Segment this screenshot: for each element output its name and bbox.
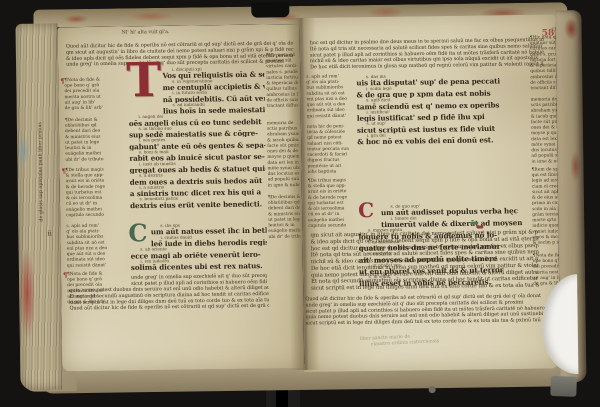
main-script-line: me centuplū accipietis & vitā ęter- [163, 83, 265, 92]
running-title-text: Nl' hl' alta vult gl'a. [122, 29, 170, 35]
right-dense-commentary: qm sicut ait augustin' in libro de ciuit… [310, 229, 539, 294]
glossed-line: s. ad iudicandū lius hoīs in sede maiest… [129, 102, 265, 116]
left-main-text: T i. discipuli xpi Vos quī reliquistis o… [128, 60, 267, 306]
glossed-line: i. gra dei & hoc nō ex vobis dei enī don… [357, 131, 535, 145]
glossed-line: s. a dextris dem oues a dextris suis hed… [130, 172, 266, 186]
main-script-line: nā possidebitis. Cū aūt venerit fi- [163, 94, 265, 103]
left-margin-note-4: s. apls ad rom'q' oīs aīa ptati-bus subl… [66, 222, 129, 269]
glossed-line: s. benedicti patris dextris eius erūt ve… [130, 196, 266, 210]
right-bottom-commentary: Quod aūt dicitur hic de fide & operibs n… [305, 292, 555, 327]
glossed-line: i. rex iudeorū solimā dicentes ubi est r… [131, 258, 267, 272]
main-script-line: Vos quī reliquistis oīa & secuti estis [162, 71, 264, 80]
bottom-edge-stud [429, 386, 436, 393]
text-line: capitulo secundo [66, 211, 128, 217]
glossed-line: s. in regeneratione me centuplū accipiet… [128, 78, 264, 92]
glossed-line: s. ihs xps um aūt natus esset ihc in bet… [130, 222, 266, 236]
glossed-line: s. boni & mali rabit eos ab inuicē sicut… [129, 149, 265, 163]
text-line: qui resistit dānat' [67, 262, 129, 268]
main-script-line: & hoc nō ex vobis dei enī donū est. [357, 136, 535, 146]
left-margin-note-3: ¶De tribus magis& stella que app-aruit e… [65, 166, 128, 219]
running-title: Nl' hl' alta vult gl'a. [122, 28, 252, 39]
text-line: ubi dr' de tributo [65, 156, 127, 162]
main-script-line: solimā dicentes ubi est rex natus. [131, 262, 267, 271]
glossed-line: i. discipuli xpi Vos quī reliquistis oīa… [128, 66, 264, 80]
glossed-line: s. de quo sup' um aūt audisset populus v… [358, 203, 536, 217]
red-flourish-mark [476, 225, 483, 228]
rp-right-col-1: ¶Hic nota qdquatuor sūtvirtutes cardi-na… [530, 34, 557, 90]
right-main-text: s. dns ihs uis ita disputat' sup' de pen… [356, 71, 536, 231]
text-line: in igne & nube [531, 158, 557, 162]
glossed-line: i. iusti ab iniustis gregat oues ab hedi… [129, 160, 265, 174]
main-script-line: lius hoīs in sede maiestatis sue & [163, 106, 265, 115]
glossed-line: i. ciuitas dauid leē iude in diebs herod… [130, 234, 266, 248]
glossed-line: i. timore dei timuerūt valde & dixerūt a… [358, 214, 536, 228]
left-margin-note-2: ¶De decimis &oblatiōibus qddebent dari d… [65, 116, 128, 163]
rp-right-col-2: memoria desctis patribusabraham ysaac& i… [531, 96, 558, 162]
left-margin-note-1: ¶Nota de fide &ope bono q' grādei preced… [64, 76, 126, 113]
main-script-line: dextris eius erūt venite benedicti. [130, 200, 266, 209]
glossed-line: s. ab oriente ecce magi ab oriēte venerū… [131, 246, 267, 260]
manuscript-photo-scene: de glosis sup epistolas pauli liber prim… [0, 0, 600, 407]
left-page: Nl' hl' alta vult gl'a. Quod aūt dicitur… [58, 24, 305, 371]
right-top-commentary: hoc est qd dicitur in psalmo dne deus me… [310, 37, 544, 72]
blue-edge-stain [17, 136, 29, 166]
green-flourish-mark [470, 222, 478, 225]
quire-mark: ii [47, 229, 52, 237]
glossed-line: i. oēs gentes gabunt' ante eū oēs gentes… [129, 137, 265, 151]
red-edge-stain [19, 248, 36, 340]
right-page: 58 7 hoc est qd dicitur in psalmo dne de… [299, 14, 560, 372]
text-line: tractant diffuse [530, 85, 556, 91]
glossed-line: i. angeli dei oēs angeli eius cū eo tunc… [129, 113, 265, 127]
glossed-line: i. in futuro seclo nā possidebitis. Cū a… [128, 90, 264, 104]
fore-edge-vertical-note: de glosis sup epistolas pauli liber prim… [37, 138, 44, 222]
left-bottom-commentary: quia nemo potest duobus dnis seruire aut… [69, 284, 269, 313]
open-manuscript-book: de glosis sup epistolas pauli liber prim… [11, 2, 588, 402]
spine-gap [251, 2, 289, 18]
glossed-line: s. in throno suo sup sedē maiestatis sue… [129, 125, 265, 139]
binding-clasp-tab [550, 376, 577, 397]
glossed-line: i. a sinistris a sinistris tunc dicet re… [130, 184, 266, 198]
text-line: de gra & lib' arb' [65, 105, 127, 111]
gutter-shadow [285, 18, 320, 370]
